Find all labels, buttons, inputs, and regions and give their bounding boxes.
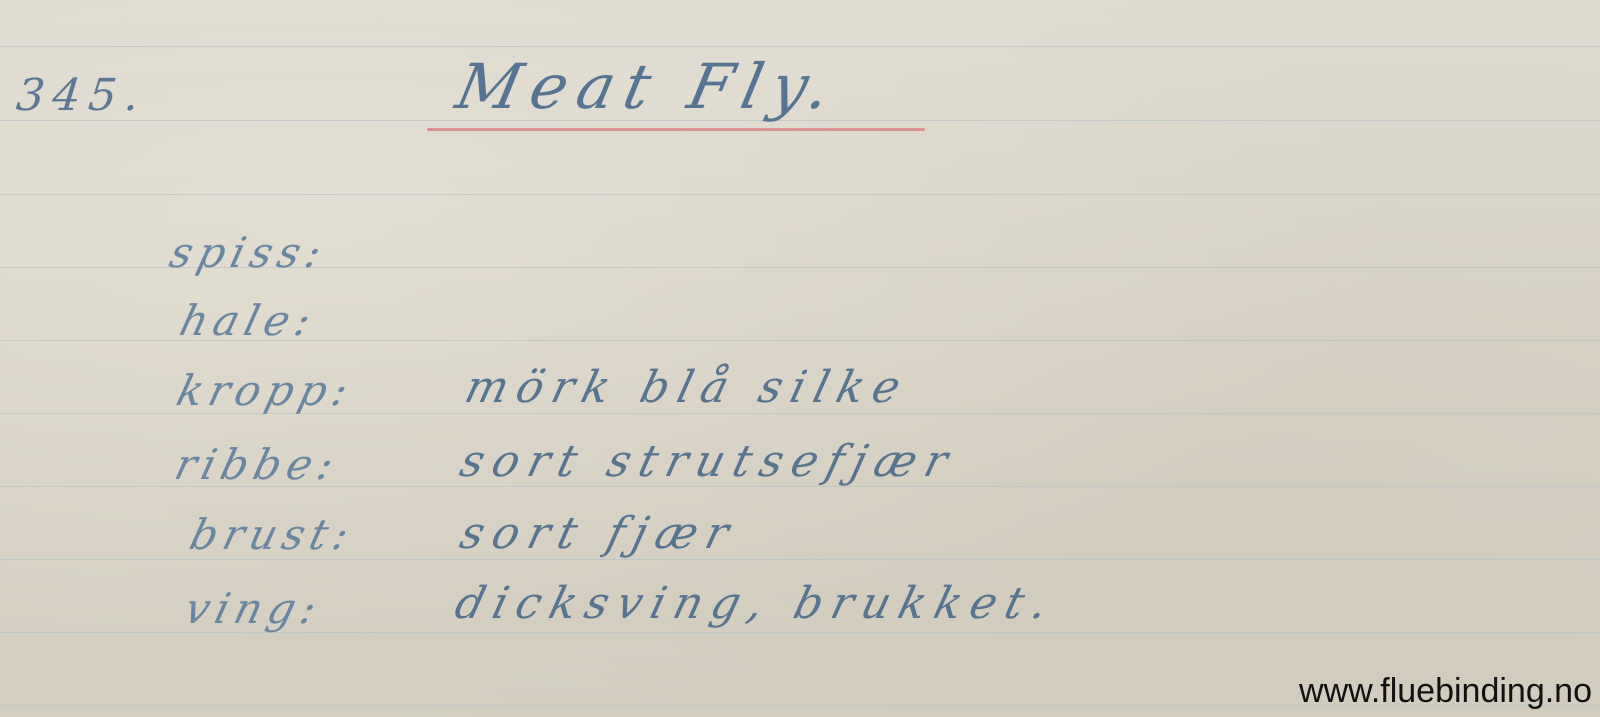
title-underline bbox=[427, 128, 925, 131]
ruled-line bbox=[0, 559, 1600, 560]
watermark-url: www.fluebinding.no bbox=[1299, 672, 1592, 711]
field-label-ribbe: ribbe: bbox=[170, 440, 345, 489]
field-label-brust: brust: bbox=[185, 510, 360, 559]
field-label-spiss: spiss: bbox=[165, 228, 332, 277]
field-label-hale: hale: bbox=[175, 296, 322, 345]
field-value-brust: sort fjær bbox=[455, 508, 743, 559]
entry-number: 345. bbox=[14, 70, 149, 121]
notebook-page: 345. Meat Fly. spiss: hale: kropp: mörk … bbox=[0, 0, 1600, 717]
ruled-line bbox=[0, 194, 1600, 195]
field-value-ving: dicksving, brukket. bbox=[450, 578, 1062, 629]
field-value-kropp: mörk blå silke bbox=[460, 362, 914, 413]
field-label-kropp: kropp: bbox=[172, 366, 359, 415]
ruled-line bbox=[0, 46, 1600, 47]
field-label-ving: ving: bbox=[180, 584, 327, 633]
field-value-ribbe: sort strutsefjær bbox=[455, 436, 962, 487]
page-title: Meat Fly. bbox=[450, 50, 847, 123]
